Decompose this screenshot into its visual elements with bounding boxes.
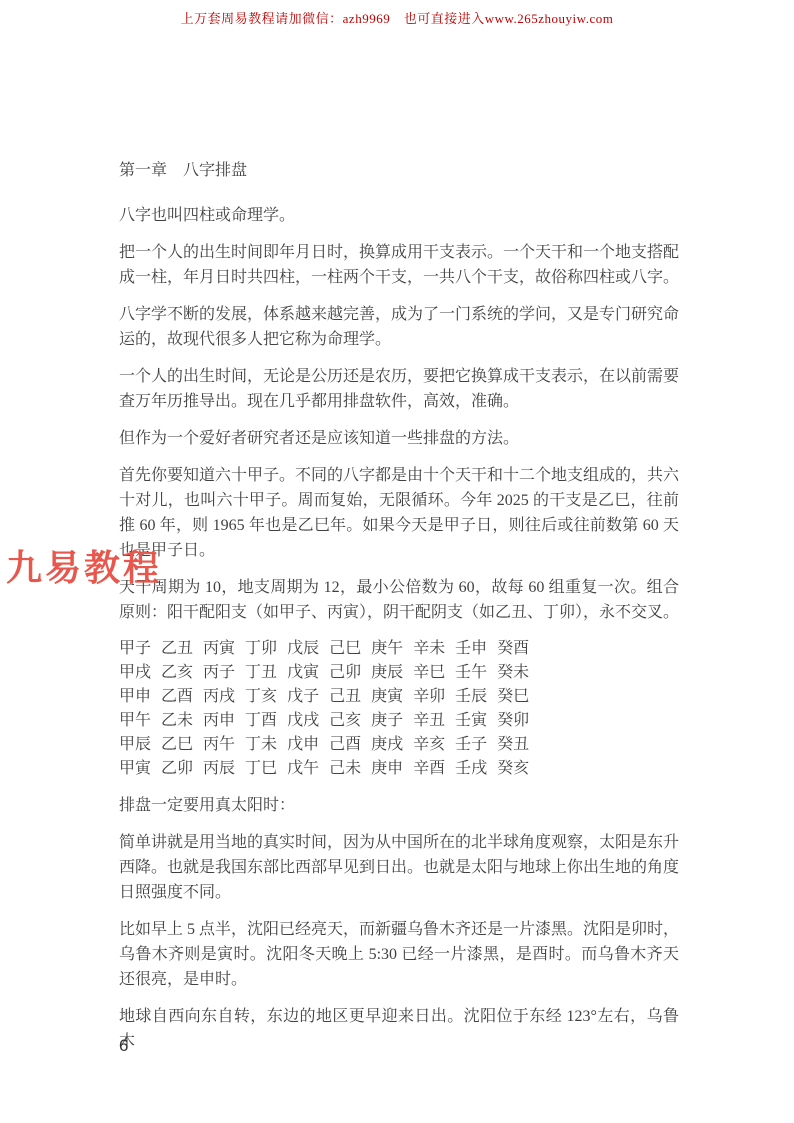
jiazi-row: 甲子乙丑丙寅丁卯戊辰己巳庚午辛未壬申癸酉 (119, 637, 679, 661)
jiazi-cell: 丁亥 (245, 685, 277, 709)
jiazi-cell: 辛卯 (413, 685, 445, 709)
chapter-title: 第一章 八字排盘 (119, 158, 679, 183)
jiazi-cell: 己巳 (329, 637, 361, 661)
jiazi-cell: 丙戌 (203, 685, 235, 709)
jiazi-cell: 辛亥 (413, 733, 445, 757)
jiazi-cell: 己酉 (329, 733, 361, 757)
jiazi-cell: 戊子 (287, 685, 319, 709)
jiazi-cell: 壬辰 (455, 685, 487, 709)
jiazi-cell: 壬午 (455, 661, 487, 685)
jiazi-cell: 癸亥 (497, 757, 529, 781)
jiazi-cell: 甲寅 (119, 757, 151, 781)
jiazi-cell: 辛巳 (413, 661, 445, 685)
jiazi-row: 甲午乙未丙申丁酉戊戌己亥庚子辛丑壬寅癸卯 (119, 709, 679, 733)
paragraph: 地球自西向东自转，东边的地区更早迎来日出。沈阳位于东经 123°左右，乌鲁木 (119, 1004, 679, 1054)
paragraph: 天干周期为 10，地支周期为 12，最小公倍数为 60，故每 60 组重复一次。… (119, 575, 679, 625)
jiazi-cell: 丙申 (203, 709, 235, 733)
jiazi-cell: 丁酉 (245, 709, 277, 733)
jiazi-cell: 丙午 (203, 733, 235, 757)
jiazi-cell: 戊寅 (287, 661, 319, 685)
page-number: 6 (119, 1036, 128, 1056)
jiazi-row: 甲辰乙巳丙午丁未戊申己酉庚戌辛亥壬子癸丑 (119, 733, 679, 757)
jiazi-cell: 戊戌 (287, 709, 319, 733)
jiazi-cell: 庚午 (371, 637, 403, 661)
jiazi-cell: 乙未 (161, 709, 193, 733)
jiazi-cell: 戊申 (287, 733, 319, 757)
paragraph: 一个人的出生时间，无论是公历还是农历，要把它换算成干支表示，在以前需要查万年历推… (119, 364, 679, 414)
paragraph: 八字学不断的发展，体系越来越完善，成为了一门系统的学问，又是专门研究命运的，故现… (119, 302, 679, 352)
paragraph: 八字也叫四柱或命理学。 (119, 203, 679, 228)
jiazi-cell: 壬寅 (455, 709, 487, 733)
jiazi-cell: 乙丑 (161, 637, 193, 661)
jiazi-cell: 甲午 (119, 709, 151, 733)
jiazi-cell: 庚辰 (371, 661, 403, 685)
jiazi-cell: 庚子 (371, 709, 403, 733)
paragraph: 首先你要知道六十甲子。不同的八字都是由十个天干和十二个地支组成的，共六十对儿，也… (119, 463, 679, 563)
jiazi-cell: 癸丑 (497, 733, 529, 757)
jiazi-cell: 癸未 (497, 661, 529, 685)
jiazi-cell: 庚戌 (371, 733, 403, 757)
paragraph: 简单讲就是用当地的真实时间，因为从中国所在的北半球角度观察，太阳是东升西降。也就… (119, 830, 679, 905)
jiazi-cell: 壬戌 (455, 757, 487, 781)
jiazi-cell: 癸酉 (497, 637, 529, 661)
jiazi-cell: 戊午 (287, 757, 319, 781)
jiazi-cell: 丁卯 (245, 637, 277, 661)
jiazi-cell: 庚寅 (371, 685, 403, 709)
jiazi-cell: 丁未 (245, 733, 277, 757)
jiazi-cell: 己亥 (329, 709, 361, 733)
paragraph: 比如早上 5 点半，沈阳已经亮天，而新疆乌鲁木齐还是一片漆黑。沈阳是卯时，乌鲁木… (119, 917, 679, 992)
header-promo-text: 上万套周易教程请加微信：azh9969 也可直接进入www.265zhouyiw… (0, 8, 794, 27)
paragraph: 但作为一个爱好者研究者还是应该知道一些排盘的方法。 (119, 426, 679, 451)
jiazi-row: 甲申乙酉丙戌丁亥戊子己丑庚寅辛卯壬辰癸巳 (119, 685, 679, 709)
jiazi-cell: 癸卯 (497, 709, 529, 733)
jiazi-cell: 辛未 (413, 637, 445, 661)
jiazi-cell: 己卯 (329, 661, 361, 685)
jiazi-cell: 乙卯 (161, 757, 193, 781)
jiazi-cell: 癸巳 (497, 685, 529, 709)
jiazi-row: 甲寅乙卯丙辰丁巳戊午己未庚申辛酉壬戌癸亥 (119, 757, 679, 781)
jiazi-cell: 丙辰 (203, 757, 235, 781)
jiazi-cell: 甲子 (119, 637, 151, 661)
jiazi-cell: 乙亥 (161, 661, 193, 685)
jiazi-cell: 丁丑 (245, 661, 277, 685)
jiazi-cell: 甲辰 (119, 733, 151, 757)
jiazi-cell: 庚申 (371, 757, 403, 781)
jiazi-cell: 己未 (329, 757, 361, 781)
watermark-text: 九易教程 (6, 540, 162, 591)
jiazi-cell: 乙酉 (161, 685, 193, 709)
jiazi-cell: 己丑 (329, 685, 361, 709)
document-content: 第一章 八字排盘 八字也叫四柱或命理学。 把一个人的出生时间即年月日时，换算成用… (119, 158, 679, 1066)
jiazi-cell: 戊辰 (287, 637, 319, 661)
paragraph: 排盘一定要用真太阳时： (119, 793, 679, 818)
jiazi-cell: 壬申 (455, 637, 487, 661)
jiazi-cell: 甲戌 (119, 661, 151, 685)
jiazi-cell: 甲申 (119, 685, 151, 709)
document-page: 上万套周易教程请加微信：azh9969 也可直接进入www.265zhouyiw… (0, 0, 794, 1123)
jiazi-cell: 丙子 (203, 661, 235, 685)
jiazi-cell: 壬子 (455, 733, 487, 757)
jiazi-cell: 辛酉 (413, 757, 445, 781)
jiazi-table: 甲子乙丑丙寅丁卯戊辰己巳庚午辛未壬申癸酉甲戌乙亥丙子丁丑戊寅己卯庚辰辛巳壬午癸未… (119, 637, 679, 781)
paragraph: 把一个人的出生时间即年月日时，换算成用干支表示。一个天干和一个地支搭配成一柱，年… (119, 240, 679, 290)
jiazi-cell: 丙寅 (203, 637, 235, 661)
jiazi-cell: 辛丑 (413, 709, 445, 733)
jiazi-cell: 乙巳 (161, 733, 193, 757)
jiazi-cell: 丁巳 (245, 757, 277, 781)
jiazi-row: 甲戌乙亥丙子丁丑戊寅己卯庚辰辛巳壬午癸未 (119, 661, 679, 685)
